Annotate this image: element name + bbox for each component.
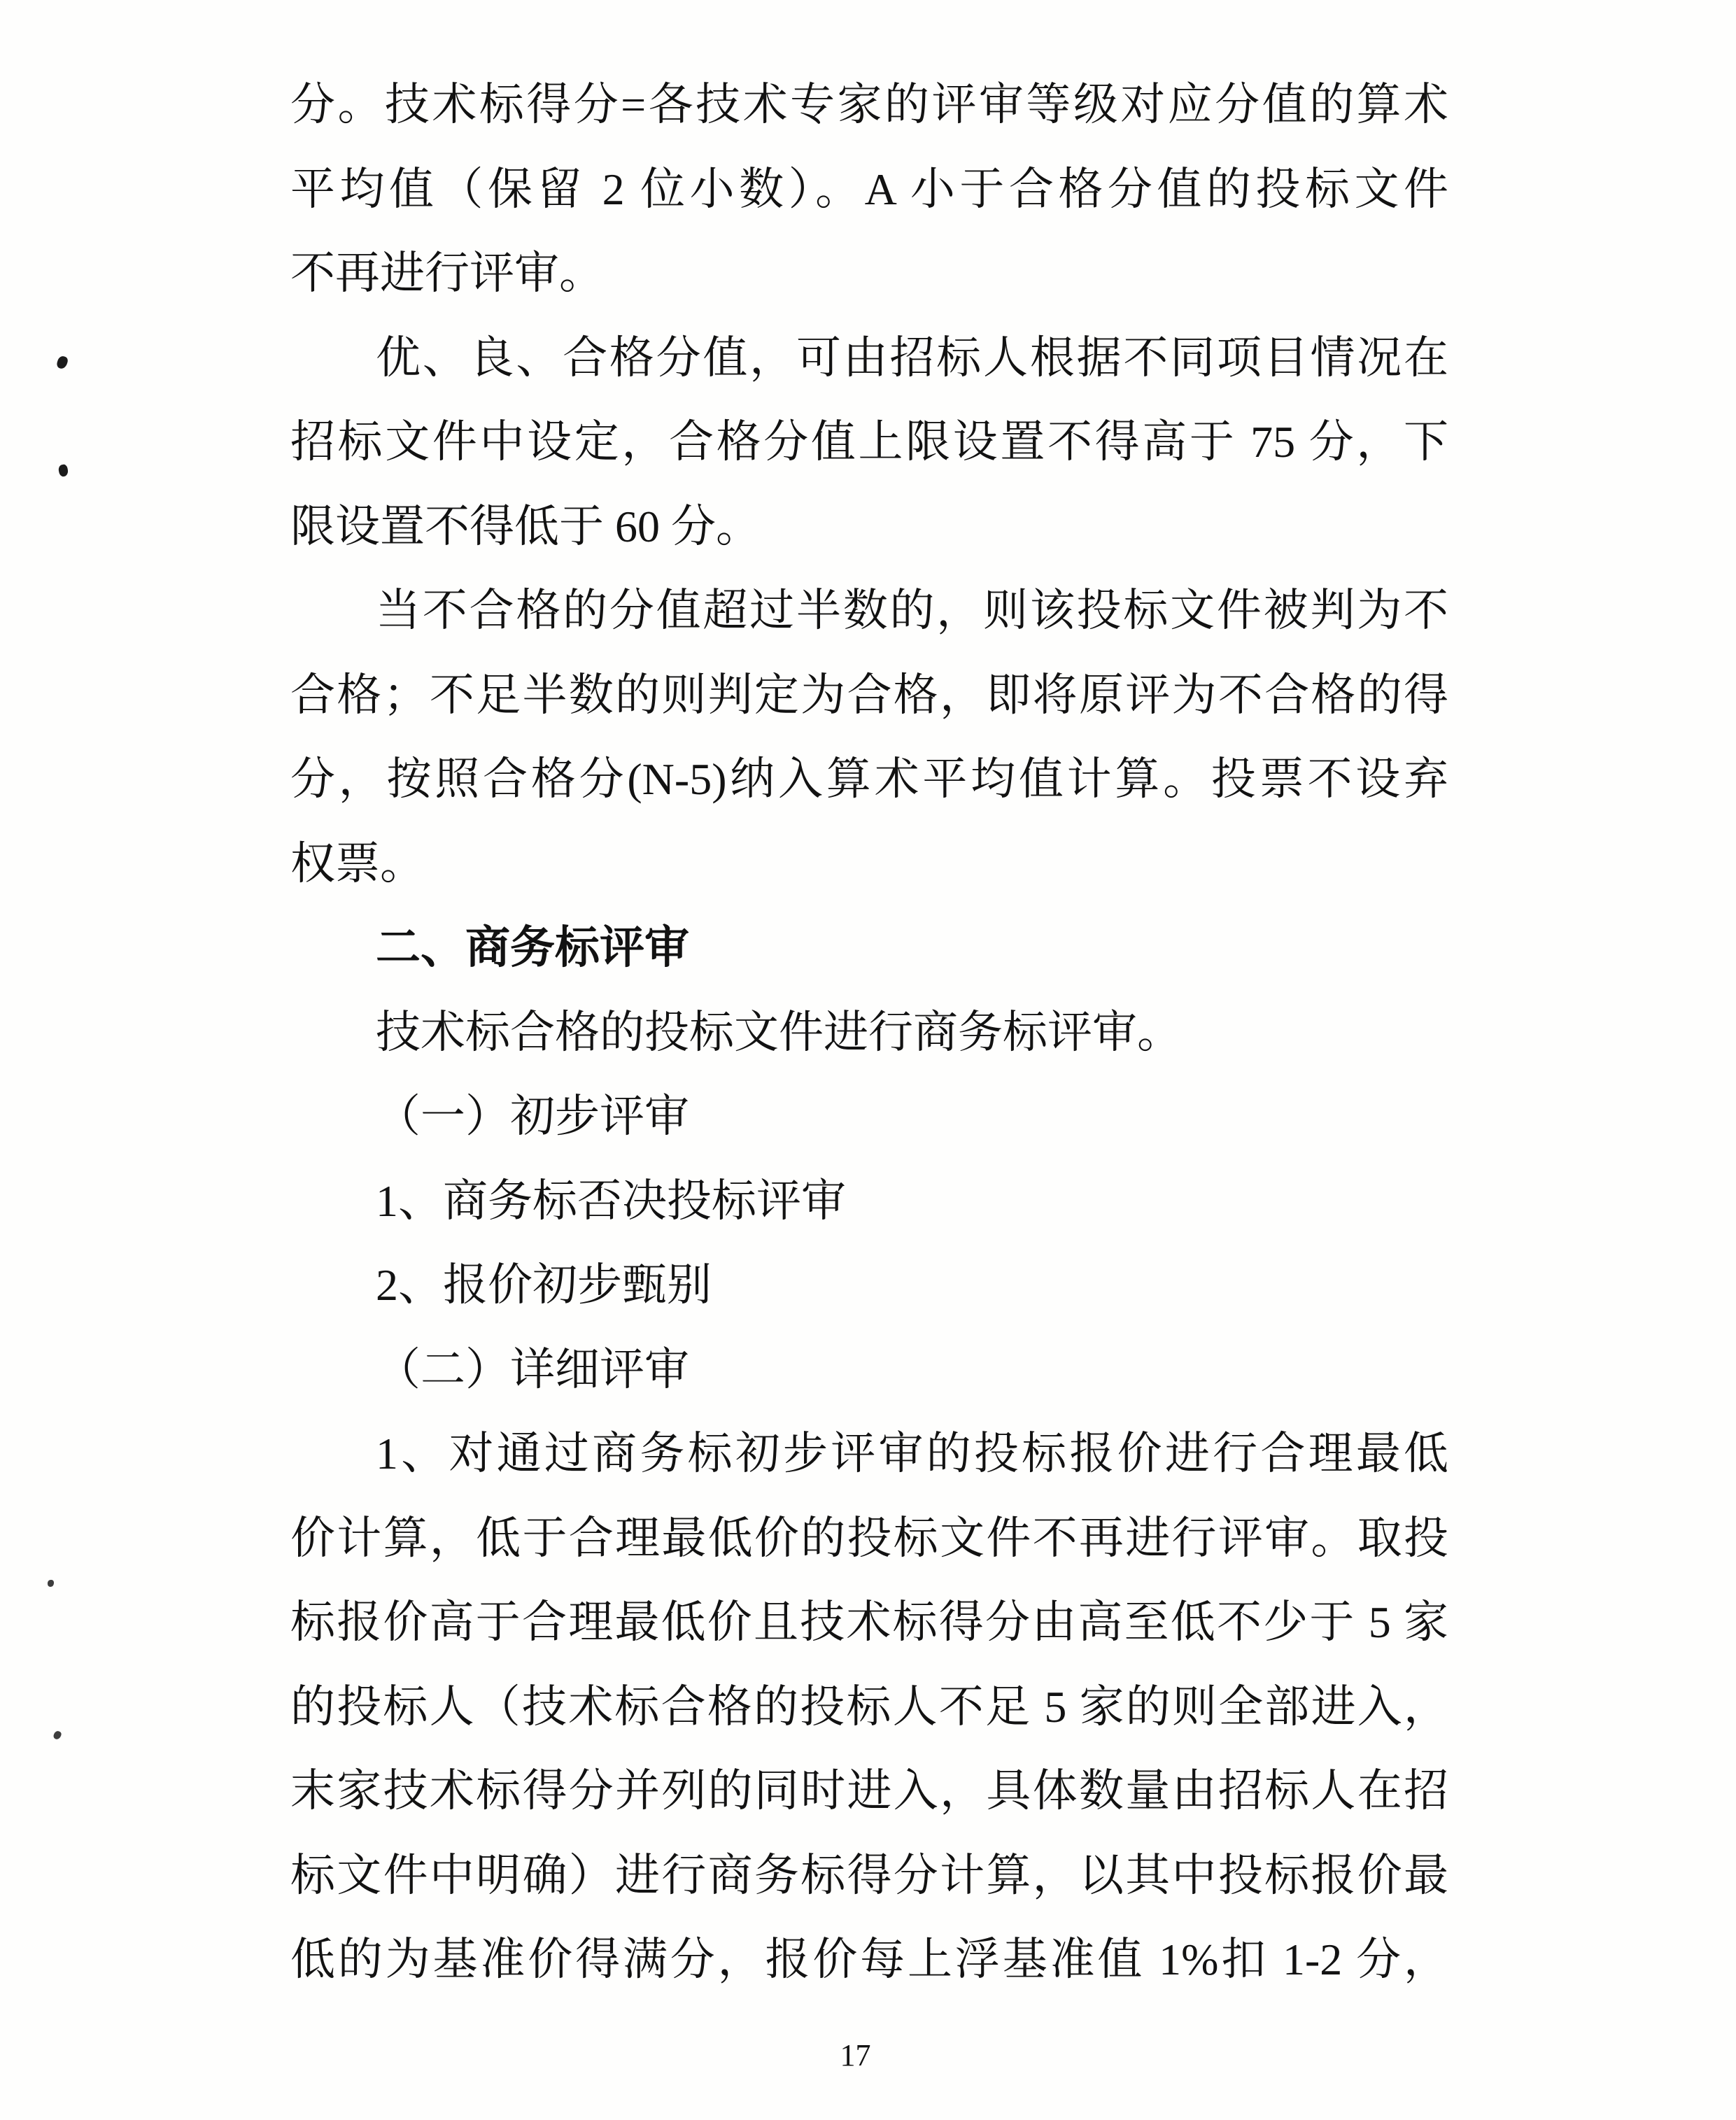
text-line-22: 标文件中明确）进行商务标得分计算，以其中投标报价最 — [290, 1834, 1448, 1918]
text-line-14: 1、商务标否决投标评审 — [290, 1159, 1448, 1244]
text-line-3: 不再进行评审。 — [290, 232, 1448, 316]
text-line-9: 分，按照合格分(N-5)纳入算术平均值计算。投票不设弃 — [290, 737, 1448, 822]
text-line-2: 平均值（保留 2 位小数）。A 小于合格分值的投标文件 — [290, 148, 1448, 232]
ink-speck — [57, 464, 69, 477]
text-line-19: 标报价高于合理最低价且技术标得分由高至低不少于 5 家 — [290, 1581, 1448, 1665]
text-line-23: 低的为基准价得满分，报价每上浮基准值 1%扣 1-2 分， — [290, 1918, 1448, 2002]
text-line-4: 优、良、合格分值，可由招标人根据不同项目情况在 — [290, 316, 1448, 401]
ink-speck — [48, 1580, 54, 1587]
text-line-17: 1、对通过商务标初步评审的投标报价进行合理最低 — [290, 1412, 1448, 1497]
text-line-13: （一）初步评审 — [290, 1075, 1448, 1159]
text-line-18: 价计算，低于合理最低价的投标文件不再进行评审。取投 — [290, 1497, 1448, 1581]
ink-speck — [52, 1730, 62, 1740]
ink-speck — [56, 355, 69, 369]
text-block: 分。技术标得分=各技术专家的评审等级对应分值的算术平均值（保留 2 位小数）。A… — [290, 63, 1448, 2002]
text-line-11: 二、商务标评审 — [290, 906, 1448, 991]
text-line-8: 合格；不足半数的则判定为合格，即将原评为不合格的得 — [290, 653, 1448, 738]
text-line-7: 当不合格的分值超过半数的，则该投标文件被判为不 — [290, 569, 1448, 653]
text-line-12: 技术标合格的投标文件进行商务标评审。 — [290, 991, 1448, 1075]
text-line-16: （二）详细评审 — [290, 1328, 1448, 1413]
text-line-20: 的投标人（技术标合格的投标人不足 5 家的则全部进入， — [290, 1665, 1448, 1750]
text-line-10: 权票。 — [290, 822, 1448, 907]
text-line-21: 末家技术标得分并列的同时进入，具体数量由招标人在招 — [290, 1749, 1448, 1834]
page-number: 17 — [0, 2040, 1723, 2071]
text-line-5: 招标文件中设定，合格分值上限设置不得高于 75 分，下 — [290, 400, 1448, 485]
text-line-15: 2、报价初步甄别 — [290, 1243, 1448, 1328]
text-line-1: 分。技术标得分=各技术专家的评审等级对应分值的算术 — [290, 63, 1448, 148]
document-page: 分。技术标得分=各技术专家的评审等级对应分值的算术平均值（保留 2 位小数）。A… — [0, 0, 1736, 2120]
text-line-6: 限设置不得低于 60 分。 — [290, 485, 1448, 570]
